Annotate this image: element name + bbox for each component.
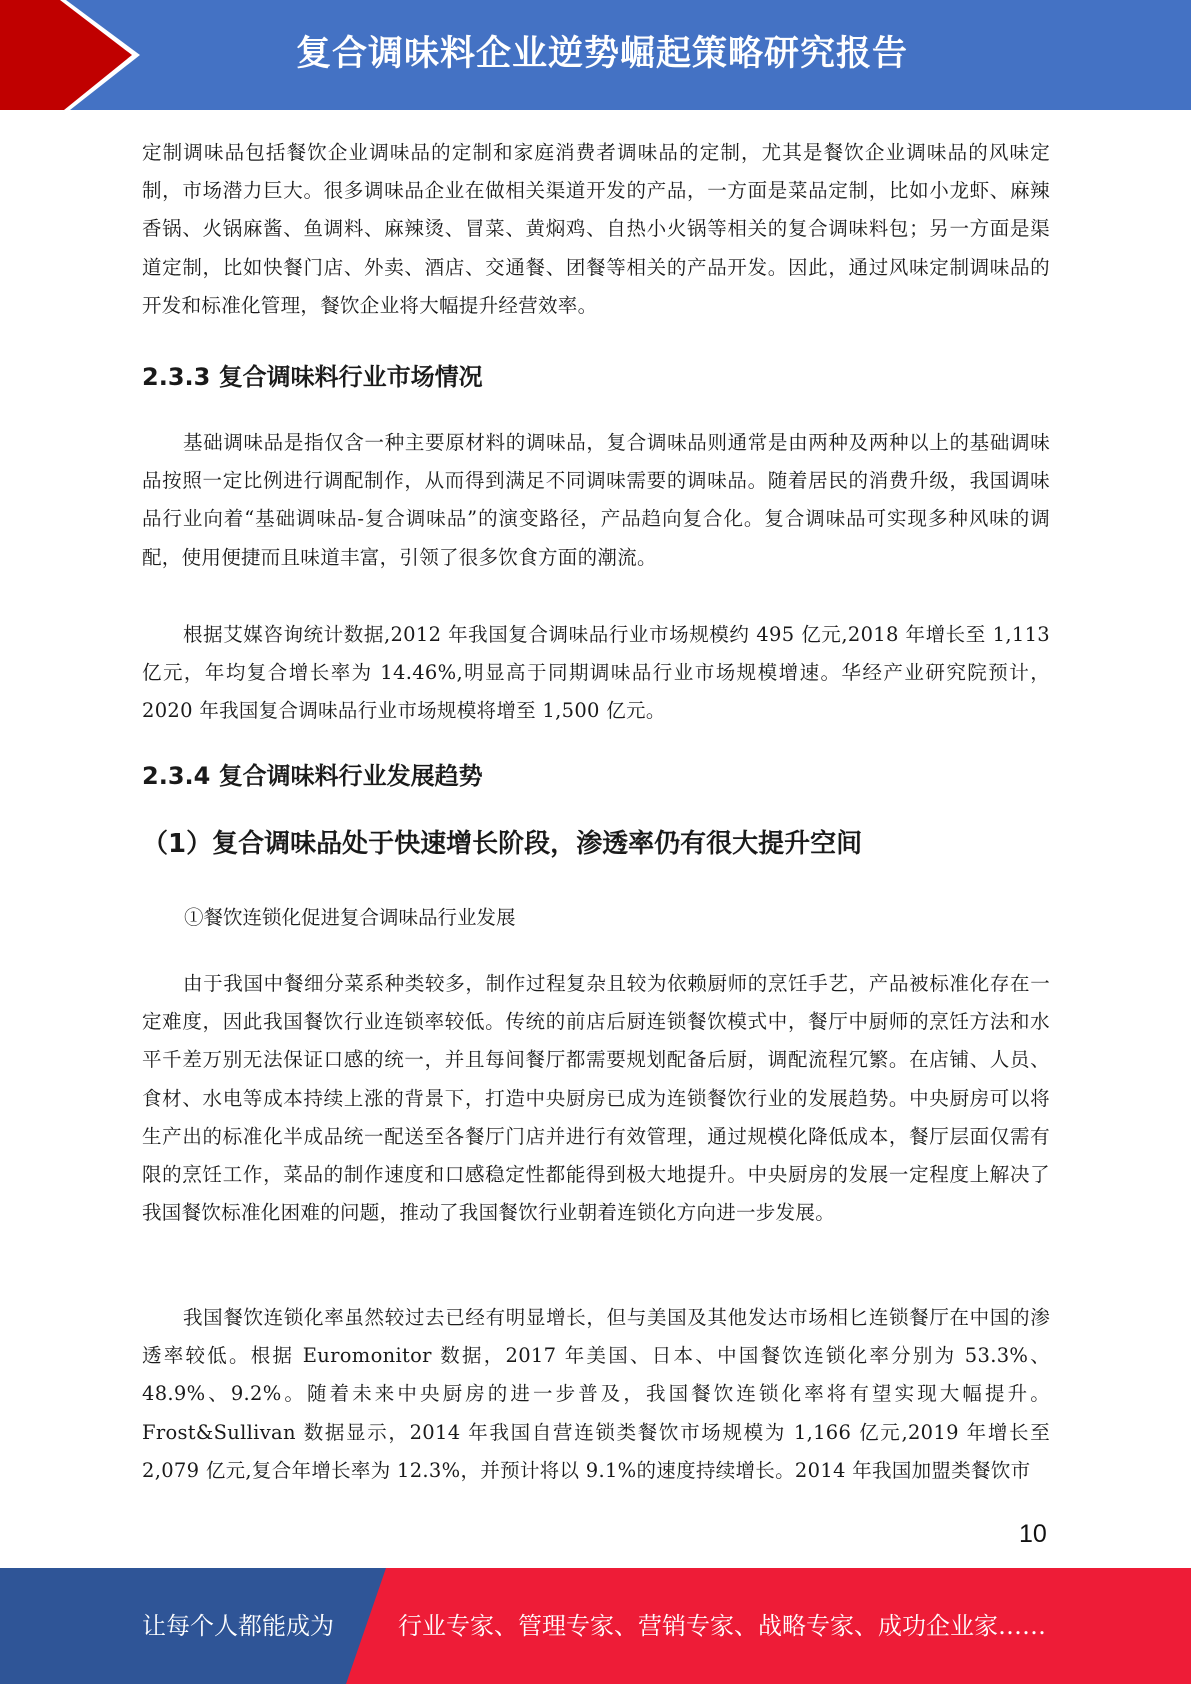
report-title: 复合调味料企业逆势崛起策略研究报告 [296, 26, 908, 76]
paragraph-central-kitchen: 由于我国中餐细分菜系种类较多，制作过程复杂且较为依赖厨师的烹饪手艺，产品被标准化… [142, 965, 1050, 1232]
paragraph-basic-vs-compound: 基础调味品是指仅含一种主要原材料的调味品，复合调味品则通常是由两种及两种以上的基… [142, 424, 1050, 577]
section-heading-2-3-4: 2.3.4 复合调味料行业发展趋势 [142, 756, 483, 791]
footer-slogan-left: 让每个人都能成为 [142, 1606, 334, 1641]
arrow-chevron-icon [0, 0, 200, 110]
paragraph-market-size: 根据艾媒咨询统计数据,2012 年我国复合调味品行业市场规模约 495 亿元,2… [142, 616, 1050, 731]
paragraph-chain-rate: 我国餐饮连锁化率虽然较过去已经有明显增长，但与美国及其他发达市场相匕连锁餐厅在中… [142, 1299, 1050, 1490]
page-footer-banner: 让每个人都能成为 行业专家、管理专家、营销专家、战略专家、成功企业家…… [0, 1568, 1191, 1684]
point-heading-1: ①餐饮连锁化促进复合调味品行业发展 [184, 902, 516, 930]
page-header-banner: 复合调味料企业逆势崛起策略研究报告 [0, 0, 1191, 110]
page-number: 10 [1019, 1520, 1047, 1549]
section-heading-2-3-3: 2.3.3 复合调味料行业市场情况 [142, 357, 483, 392]
footer-slogan-right: 行业专家、管理专家、营销专家、战略专家、成功企业家…… [398, 1606, 1046, 1641]
intro-paragraph: 定制调味品包括餐饮企业调味品的定制和家庭消费者调味品的定制，尤其是餐饮企业调味品… [142, 134, 1050, 325]
subsection-heading-1: （1）复合调味品处于快速增长阶段，渗透率仍有很大提升空间 [142, 823, 862, 860]
